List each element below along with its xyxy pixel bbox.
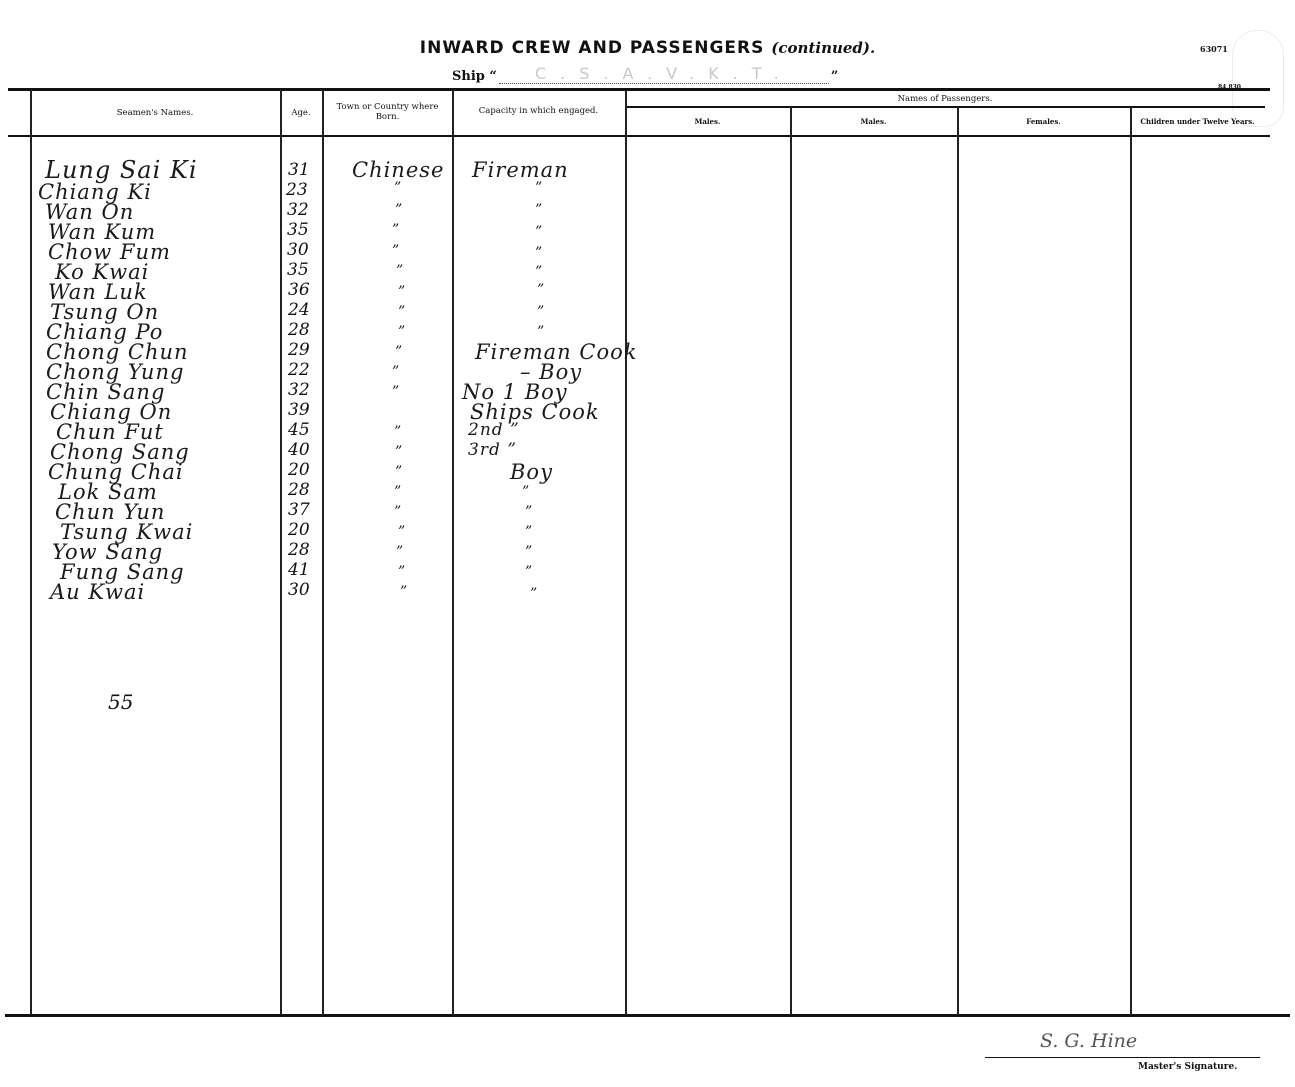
seaman-capacity: ”	[535, 202, 542, 218]
title-suffix: (continued).	[771, 39, 875, 57]
seaman-born: ”	[394, 424, 401, 440]
seaman-born: ”	[396, 263, 403, 279]
seaman-capacity: 3rd ”	[468, 440, 517, 460]
seaman-born: ”	[392, 384, 399, 400]
seaman-age: 20	[288, 520, 310, 540]
seaman-born: ”	[396, 544, 403, 560]
seaman-age: 20	[288, 460, 310, 480]
tally-annotation: 55	[108, 690, 133, 714]
col-line	[957, 107, 959, 1015]
seaman-name: Au Kwai	[50, 580, 145, 604]
page-title: INWARD CREW AND PASSENGERS (continued).	[0, 38, 1295, 58]
header-passengers: Names of Passengers.	[625, 94, 1265, 104]
title-text: INWARD CREW AND PASSENGERS	[420, 38, 765, 58]
seaman-capacity: ”	[535, 180, 542, 196]
master-signature: S. G. Hine	[1040, 1030, 1137, 1052]
seaman-born: ”	[395, 344, 402, 360]
seaman-age: 24	[288, 300, 310, 320]
col-line	[1130, 107, 1132, 1015]
seaman-capacity: ”	[522, 484, 529, 500]
seaman-capacity: ”	[537, 304, 544, 320]
ship-field: Ship “C.S.A.V.K.T.”	[452, 64, 838, 84]
seaman-capacity: ”	[530, 586, 537, 602]
seaman-age: 36	[288, 280, 310, 300]
seaman-capacity: ”	[525, 544, 532, 560]
seaman-age: 35	[287, 220, 309, 240]
seaman-capacity: ”	[535, 224, 542, 240]
passengers-subrule	[625, 106, 1265, 108]
col-line	[790, 107, 792, 1015]
seaman-born: ”	[394, 180, 401, 196]
header-males-2: Males.	[790, 117, 957, 126]
seaman-capacity: Boy	[510, 460, 553, 484]
header-born: Town or Country where Born.	[335, 102, 440, 122]
seaman-age: 37	[288, 500, 310, 520]
col-line	[280, 90, 282, 1015]
seaman-age: 28	[288, 540, 310, 560]
seaman-born: ”	[398, 284, 405, 300]
seaman-capacity: ”	[525, 564, 532, 580]
seaman-born: ”	[395, 444, 402, 460]
seaman-age: 28	[288, 480, 310, 500]
seaman-capacity: Fireman	[472, 158, 569, 182]
seaman-born: ”	[394, 484, 401, 500]
header-seamen-names: Seamen's Names.	[30, 108, 280, 118]
seaman-age: 39	[288, 400, 310, 420]
crown-stamp-icon	[1232, 30, 1284, 127]
header-capacity: Capacity in which engaged.	[452, 106, 625, 116]
seaman-age: 45	[288, 420, 310, 440]
seaman-born: ”	[392, 222, 399, 238]
header-children: Children under Twelve Years.	[1130, 117, 1265, 126]
header-males-1: Males.	[625, 117, 790, 126]
seaman-age: 31	[288, 160, 310, 180]
seaman-age: 30	[288, 580, 310, 600]
col-line	[452, 90, 454, 1015]
seaman-age: 23	[286, 180, 308, 200]
form-number: 63071	[1200, 44, 1228, 54]
seaman-born: ”	[398, 524, 405, 540]
seaman-born: ”	[395, 464, 402, 480]
seaman-age: 40	[288, 440, 310, 460]
bottom-rule	[5, 1014, 1290, 1017]
seaman-capacity: ”	[537, 282, 544, 298]
seaman-age: 30	[287, 240, 309, 260]
seaman-born: ”	[392, 364, 399, 380]
ship-name: C.S.A.V.K.T.	[499, 64, 829, 84]
seaman-capacity: ”	[525, 524, 532, 540]
seaman-born: ”	[398, 304, 405, 320]
top-rule	[8, 88, 1270, 91]
seaman-age: 22	[288, 360, 310, 380]
seaman-age: 28	[288, 320, 310, 340]
ship-close-quote: ”	[831, 69, 838, 84]
seaman-born: ”	[398, 564, 405, 580]
col-line	[30, 90, 32, 1015]
seaman-age: 41	[288, 560, 310, 580]
col-line	[625, 90, 627, 1015]
ship-label: Ship “	[452, 69, 497, 84]
header-age: Age.	[280, 108, 322, 118]
seaman-age: 32	[287, 200, 309, 220]
seaman-born: ”	[394, 504, 401, 520]
col-line	[322, 90, 324, 1015]
seaman-capacity: ”	[535, 245, 542, 261]
signature-label: Master's Signature.	[1138, 1062, 1237, 1072]
seaman-born: ”	[400, 584, 407, 600]
seaman-age: 35	[287, 260, 309, 280]
signature-line	[985, 1057, 1260, 1058]
seaman-capacity: ”	[537, 324, 544, 340]
seaman-capacity: 2nd ”	[468, 420, 520, 440]
seaman-born: ”	[398, 324, 405, 340]
seaman-capacity: ”	[525, 504, 532, 520]
seaman-age: 29	[288, 340, 310, 360]
seaman-age: 32	[288, 380, 310, 400]
seaman-born: ”	[392, 243, 399, 259]
seaman-born: Chinese	[352, 158, 444, 182]
header-bottom-rule	[8, 135, 1270, 137]
seaman-born: ”	[395, 202, 402, 218]
header-females: Females.	[957, 117, 1130, 126]
seaman-capacity: ”	[535, 264, 542, 280]
